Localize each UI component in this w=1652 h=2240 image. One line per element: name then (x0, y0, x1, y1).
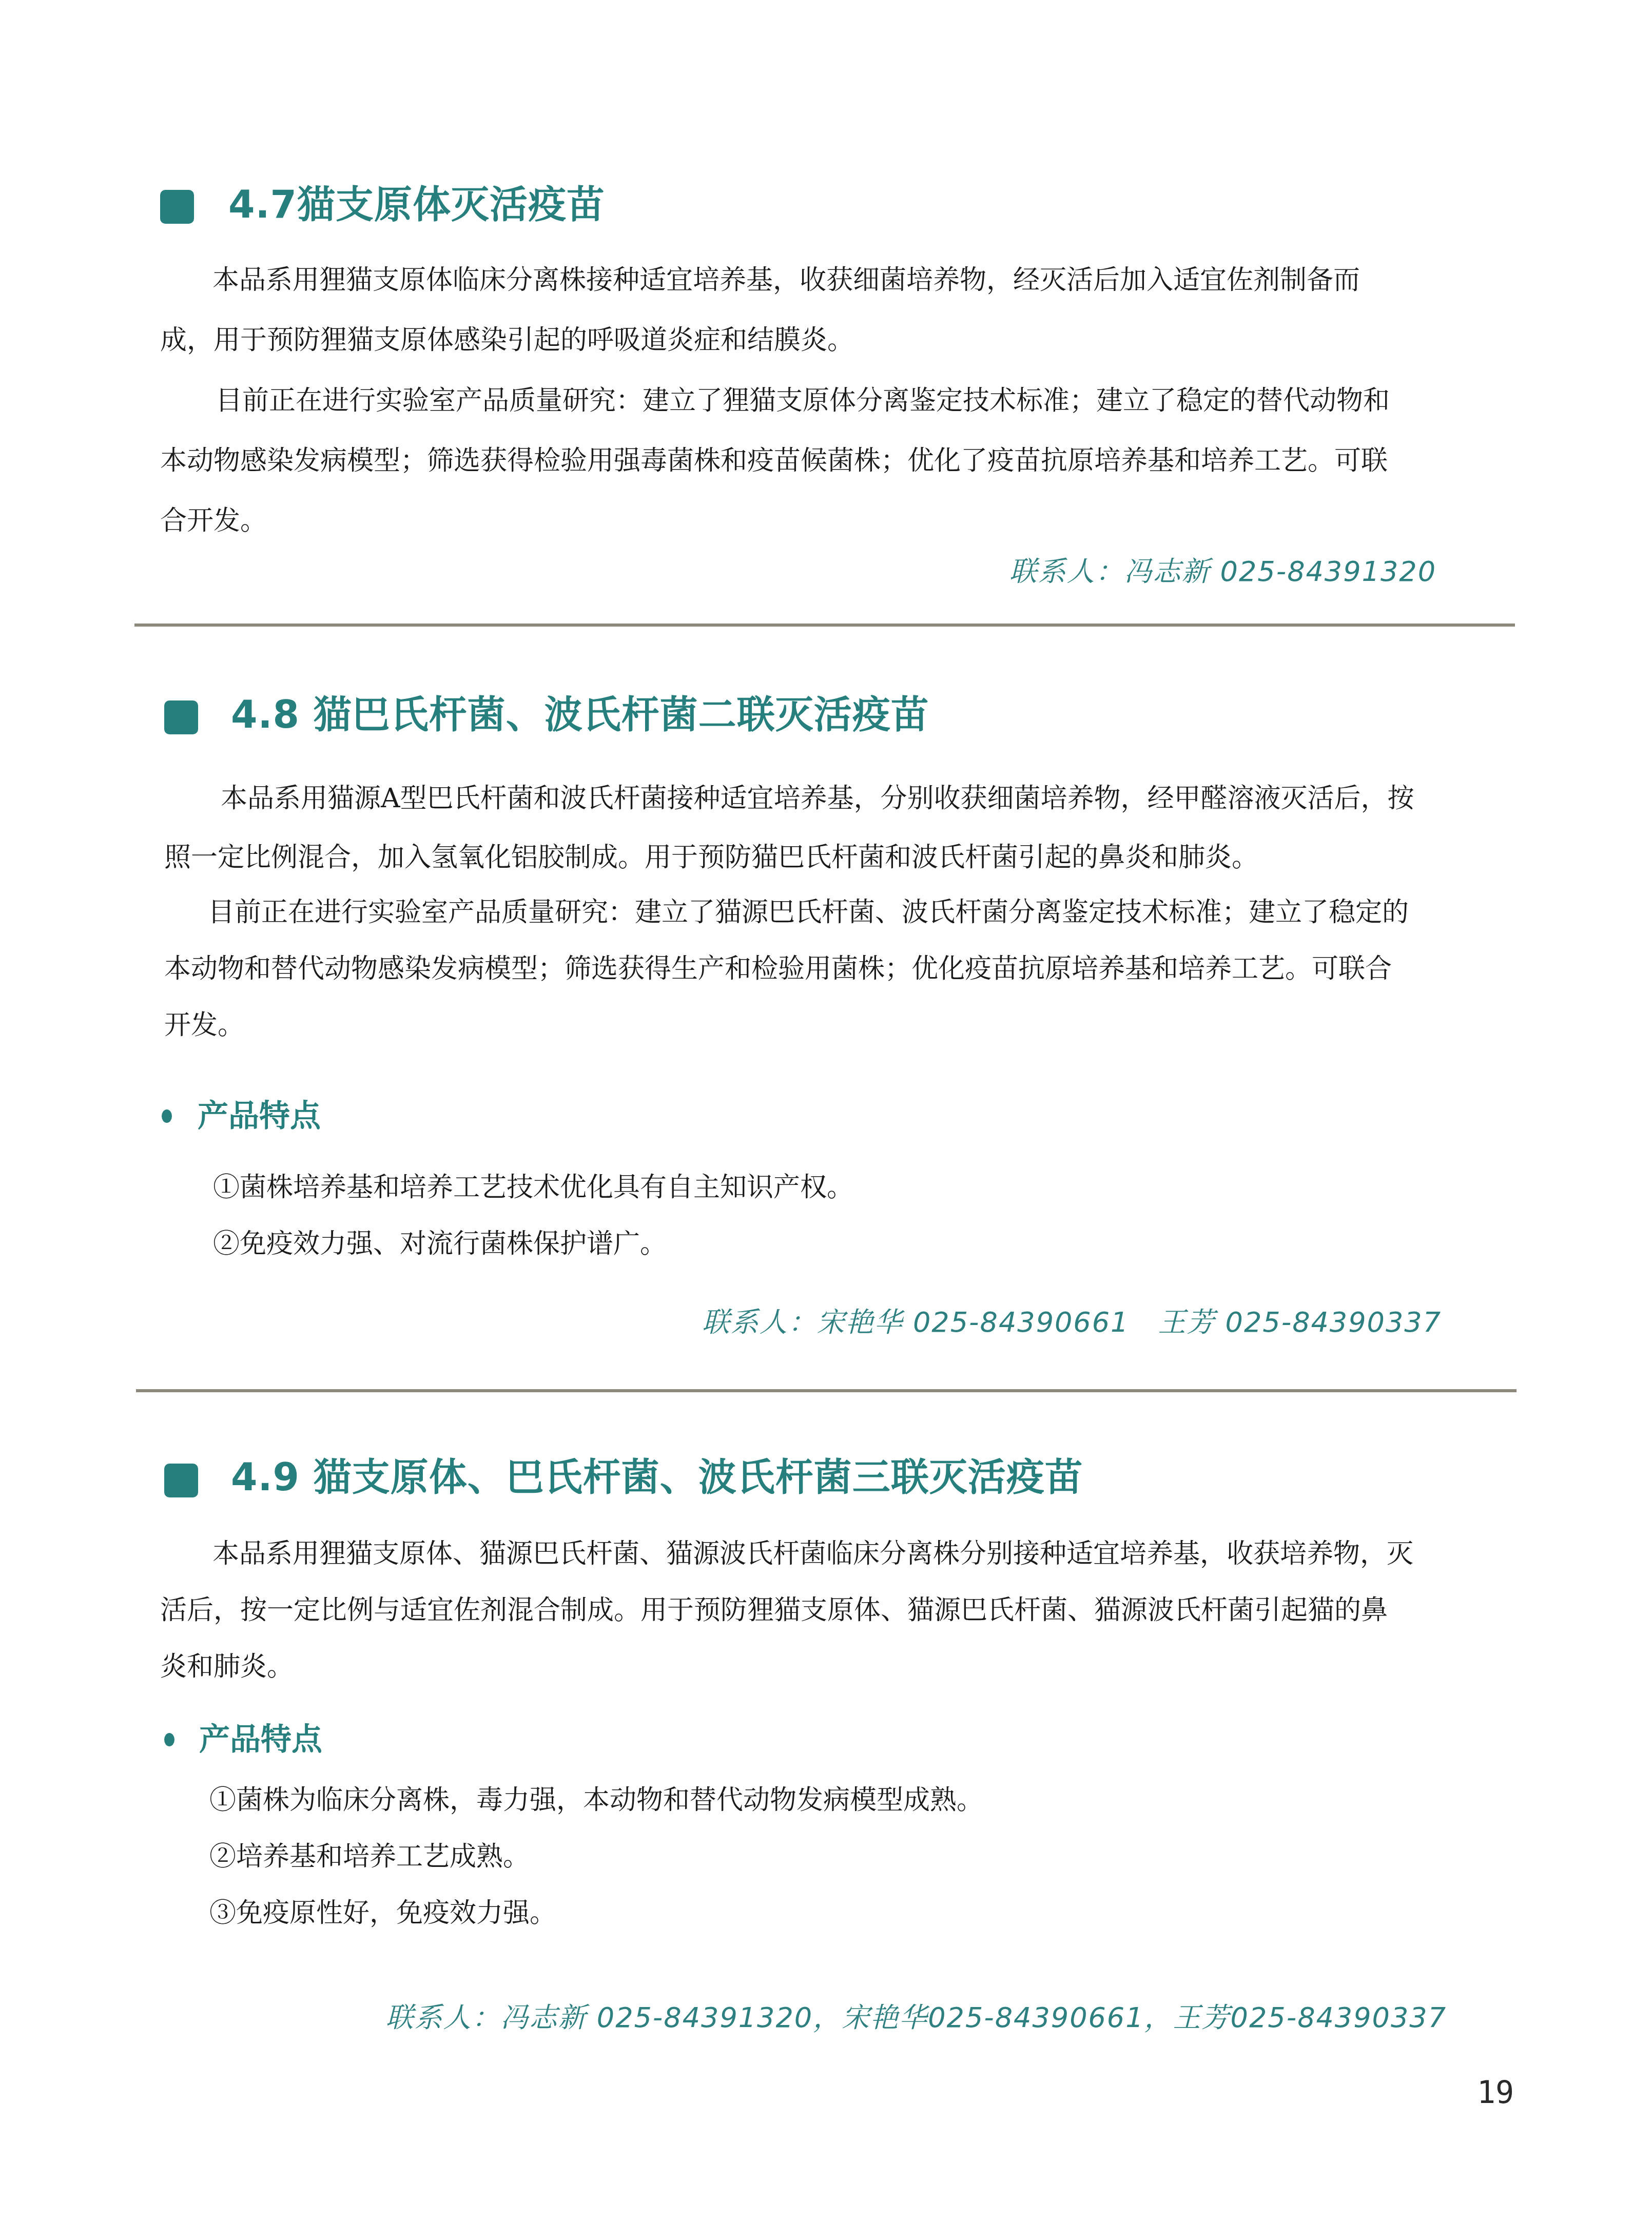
contact-info: 联系人：冯志新 025-84391320，宋艳华025-84390661，王芳0… (386, 2004, 1447, 2032)
contact-info: 联系人：冯志新 025-84391320 (1009, 558, 1436, 586)
paragraph-line: 炎和肺炎。 (160, 1653, 294, 1680)
section-title: 4.7猫支原体灭活疫苗 (228, 186, 605, 224)
feature-item: ②免疫效力强、对流行菌株保护谱广。 (213, 1231, 667, 1257)
paragraph-line: 本动物和替代动物感染发病模型；筛选获得生产和检验用菌株；优化疫苗抗原培养基和培养… (164, 956, 1392, 982)
features-heading: 产品特点 (199, 1724, 322, 1755)
paragraph-line: 活后，按一定比例与适宜佐剂混合制成。用于预防狸猫支原体、猫源巴氏杆菌、猫源波氏杆… (160, 1597, 1388, 1624)
page-number: 19 (1477, 2077, 1514, 2108)
section-square-icon (160, 190, 194, 224)
section-divider (134, 624, 1515, 627)
section-title: 4.8 猫巴氏杆菌、波氏杆菌二联灭活疫苗 (231, 696, 929, 734)
paragraph-line: 照一定比例混合，加入氢氧化铝胶制成。用于预防猫巴氏杆菌和波氏杆菌引起的鼻炎和肺炎… (164, 844, 1258, 871)
features-heading: 产品特点 (198, 1101, 321, 1132)
feature-item: ③免疫原性好，免疫效力强。 (209, 1900, 556, 1926)
paragraph-line: 开发。 (164, 1012, 244, 1039)
paragraph-line: 本动物感染发病模型；筛选获得检验用强毒菌株和疫苗候菌株；优化了疫苗抗原培养基和培… (160, 447, 1388, 474)
paragraph-line: 本品系用狸猫支原体临床分离株接种适宜培养基，收获细菌培养物，经灭活后加入适宜佐剂… (212, 267, 1360, 294)
section-title: 4.9 猫支原体、巴氏杆菌、波氏杆菌三联灭活疫苗 (231, 1458, 1083, 1496)
bullet-icon (162, 1109, 172, 1123)
paragraph-line: 本品系用狸猫支原体、猫源巴氏杆菌、猫源波氏杆菌临床分离株分别接种适宜培养基，收获… (212, 1541, 1413, 1567)
paragraph-line: 本品系用猫源A型巴氏杆菌和波氏杆菌接种适宜培养基，分别收获细菌培养物，经甲醛溶液… (221, 785, 1414, 812)
paragraph-line: 合开发。 (160, 508, 267, 534)
contact-info: 联系人：宋艳华 025-84390661 王芳 025-84390337 (702, 1309, 1442, 1336)
bullet-icon (164, 1733, 174, 1746)
paragraph-line: 成，用于预防狸猫支原体感染引起的呼吸道炎症和结膜炎。 (160, 327, 854, 354)
section-square-icon (164, 700, 198, 734)
feature-item: ①菌株培养基和培养工艺技术优化具有自主知识产权。 (213, 1174, 853, 1201)
section-square-icon (164, 1464, 198, 1497)
paragraph-line: 目前正在进行实验室产品质量研究：建立了狸猫支原体分离鉴定技术标准；建立了稳定的替… (216, 387, 1390, 414)
feature-item: ②培养基和培养工艺成熟。 (209, 1843, 530, 1870)
feature-item: ①菌株为临床分离株，毒力强，本动物和替代动物发病模型成熟。 (209, 1787, 983, 1814)
paragraph-line: 目前正在进行实验室产品质量研究：建立了猫源巴氏杆菌、波氏杆菌分离鉴定技术标准；建… (208, 899, 1409, 926)
section-divider (136, 1389, 1517, 1392)
